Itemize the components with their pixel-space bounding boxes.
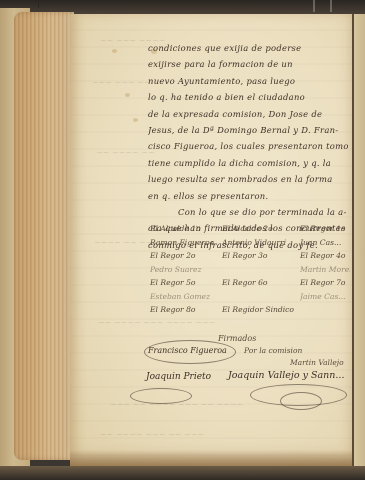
text-line: lo q. ha tenido a bien el ciudadano xyxy=(148,89,348,105)
signature-cell: El Alcalde 2o xyxy=(222,222,300,236)
text-line: nuevo Ayuntamiento, pasa luego xyxy=(148,73,348,89)
signature-row: Pedro Suarez Martin Morell xyxy=(150,263,350,277)
scale-tick xyxy=(38,0,39,8)
signature-cell: Martin Morell xyxy=(300,263,350,277)
page-edges-stack xyxy=(14,12,74,460)
signature-cell xyxy=(300,303,350,317)
signature-cell: El Regor 3o xyxy=(222,249,300,263)
top-glint xyxy=(330,0,332,12)
bleed-through-text: ~~ ~~~~ ~~~ ~~ ~~~ xyxy=(100,430,204,439)
signature-cell: Antonio Vidaurri xyxy=(222,236,300,250)
text-line: luego resulta ser nombrados en la forma xyxy=(148,171,348,187)
top-glint xyxy=(313,0,315,12)
text-line: tiene cumplido la dicha comision, y q. l… xyxy=(148,155,348,171)
signature-cell: El Regidor Sindico xyxy=(222,303,300,317)
text-line: Jesus, de la Dª Domingo Bernal y D. Fran… xyxy=(148,122,348,138)
signature-cell xyxy=(222,290,300,304)
closing-signature: Por la comision xyxy=(244,346,302,355)
text-line: condiciones que exijia de poderse xyxy=(148,40,348,56)
page-edge-discoloration xyxy=(70,450,352,466)
signature-cell: El Regor 5o xyxy=(150,276,222,290)
signature-cell: El Alcalde 1o xyxy=(150,222,222,236)
signature-row: Ramon Figueroa Antonio Vidaurri Juan Cas… xyxy=(150,236,350,250)
signature-row: Esteban Gomez Jaime Cas... xyxy=(150,290,350,304)
bottom-shadow xyxy=(0,466,365,480)
signature-row: El Regor 8o El Regidor Sindico xyxy=(150,303,350,317)
closing-signature: Joaquin Prieto xyxy=(146,372,211,382)
signature-row: El Alcalde 1o El Alcalde 2o El Regor 1o xyxy=(150,222,350,236)
manuscript-photo: ~~ ~~~ ~~~~ ~~~ ~~~ ~~ ~~ ~~~~ ~~ ~~~~ ~… xyxy=(0,0,365,480)
signature-cell: El Regor 6o xyxy=(222,276,300,290)
text-line: Con lo que se dio por terminada la a- xyxy=(148,204,348,220)
signature-cell: El Regor 4o xyxy=(300,249,350,263)
signature-cell: Jaime Cas... xyxy=(300,290,350,304)
facing-page-edge xyxy=(354,14,365,466)
signature-cell: El Regor 1o xyxy=(300,222,350,236)
text-line: exijirse para la formacion de un xyxy=(148,56,348,72)
signature-cell: Pedro Suarez xyxy=(150,263,222,277)
closing-signature: Martin Vallejo xyxy=(290,358,344,367)
text-line: de la expresada comision, Don Jose de xyxy=(148,106,348,122)
closing-signature: Joaquin Vallejo y Sann... xyxy=(228,370,344,381)
signature-cell: El Regor 2o xyxy=(150,249,222,263)
bleed-through-text: ~~ ~~~~ ~~~ ~~~~ ~~~ xyxy=(98,318,215,327)
ink-stain xyxy=(125,93,130,97)
signature-cell xyxy=(222,263,300,277)
signature-flourish xyxy=(130,388,192,404)
signature-flourish xyxy=(280,392,322,410)
signature-cell: Ramon Figueroa xyxy=(150,236,222,250)
bleed-through-text: ~~ ~~~~ ~~ xyxy=(96,148,155,157)
signature-table: El Alcalde 1o El Alcalde 2o El Regor 1o … xyxy=(150,222,350,317)
signature-cell: El Regor 7o xyxy=(300,276,350,290)
signature-row: El Regor 5o El Regor 6o El Regor 7o xyxy=(150,276,350,290)
bleed-through-text: ~~~ ~~~ ~~ xyxy=(92,78,151,87)
closing-signature: Francisco Figueroa xyxy=(148,346,227,355)
text-line: en q. ellos se presentaron. xyxy=(148,188,348,204)
closing-heading: Firmados xyxy=(218,334,256,343)
ink-stain xyxy=(112,49,117,53)
signature-cell: El Regor 8o xyxy=(150,303,222,317)
signature-cell: Esteban Gomez xyxy=(150,290,222,304)
signature-row: El Regor 2o El Regor 3o El Regor 4o xyxy=(150,249,350,263)
ink-stain xyxy=(133,118,138,122)
signature-cell: Juan Cas... xyxy=(300,236,350,250)
text-line: cisco Figueroa, los cuales presentaron t… xyxy=(148,138,348,154)
